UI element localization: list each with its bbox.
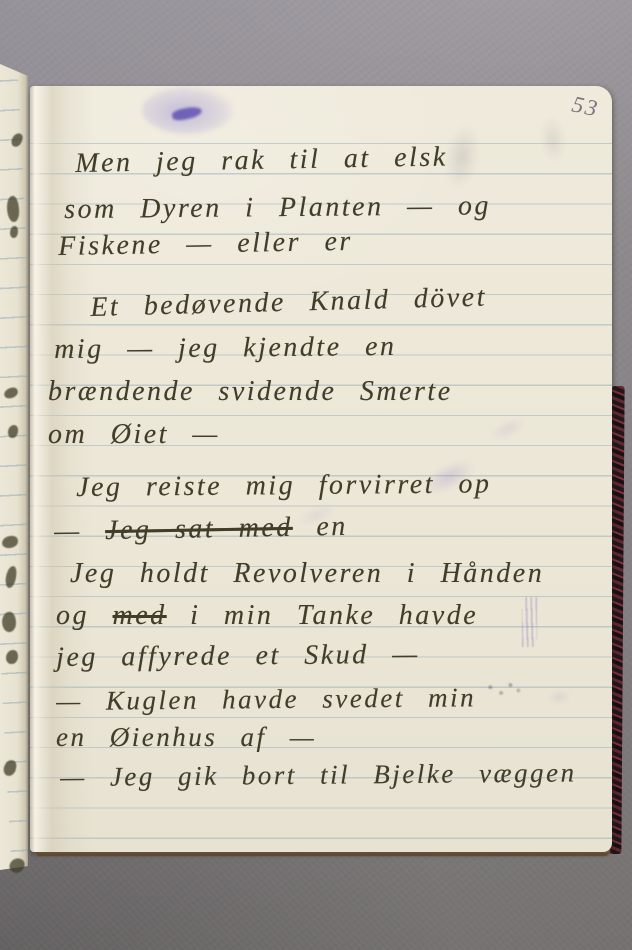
gutter-fold-shading	[30, 86, 94, 852]
previous-page-ruled-lines	[0, 64, 28, 870]
notebook-page	[30, 86, 612, 852]
notebook-photo: Men jeg rak til at elsksom Dyren i Plant…	[0, 0, 632, 950]
page-number: 53	[570, 91, 602, 122]
ruled-lines	[30, 114, 612, 852]
previous-page-edge	[0, 64, 28, 870]
